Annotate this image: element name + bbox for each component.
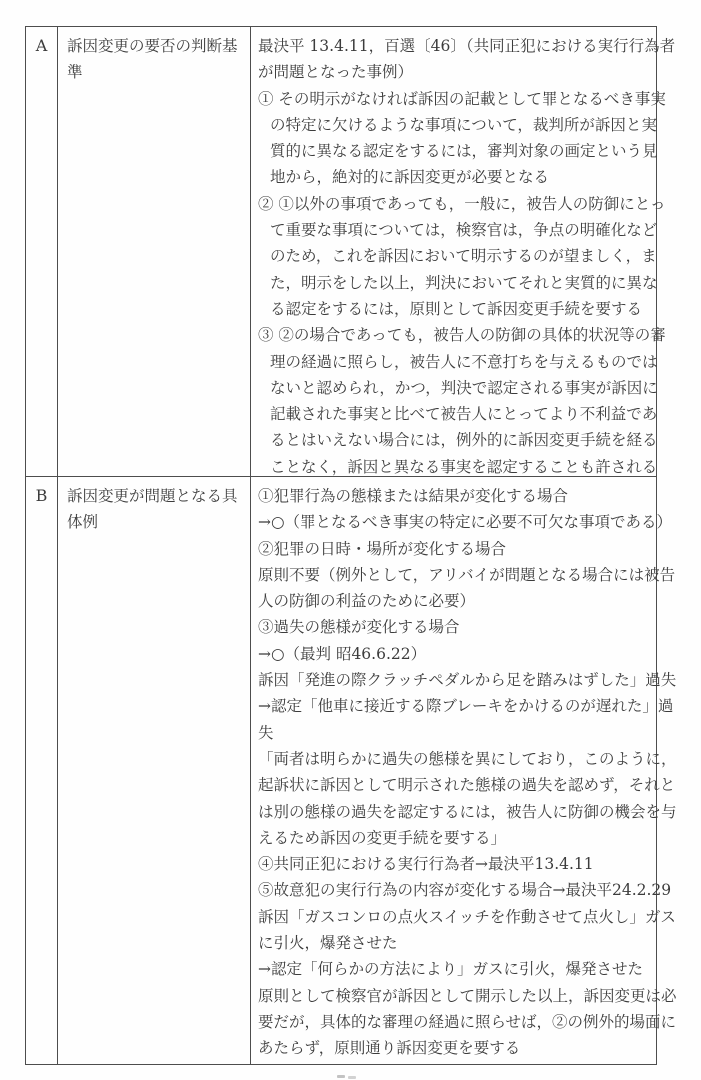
table-row: A 訴因変更の要否の判断基準 最決平 13.4.11，百選〔46〕（共同正犯にお… [26,27,656,477]
text-line: ③ ②の場合であっても，被告人の防御の具体的状況等の審 [258,322,675,348]
text-line: 訴因「ガスコンロの点火スイッチを作動させて点火し」ガス [258,904,677,930]
text-line: →認定「何らかの方法により」ガスに引火，爆発させた [258,956,677,982]
text-line: のため，これを訴因において明示するのが望ましく，ま [258,243,675,269]
page-number-partial-mark [337,1075,345,1078]
text-line: 人の防御の利益のために必要） [258,588,677,614]
text-line: 「両者は明らかに過失の態様を異にしており，このように， [258,746,677,772]
table-row: B 訴因変更が問題となる具体例 ①犯罪行為の態様または結果が変化する場合→○（罪… [26,477,656,1064]
text-line: 訴因変更の要否の判断基 [67,33,242,59]
row-label: A [26,27,58,476]
text-line: えるため訴因の変更手続を要する」 [258,825,677,851]
row-label: B [26,477,58,1064]
text-line: 訴因変更が問題となる具 [67,483,242,509]
text-line: 原則として検察官が訴因として開示した以上，訴因変更は必 [258,983,677,1009]
text-line: 記載された事実と比べて被告人にとってより不利益であ [258,401,675,427]
text-line: ③過失の態様が変化する場合 [258,614,677,640]
text-line: る認定をするには，原則として訴因変更手続を要する [258,296,675,322]
text-line: ないと認められ，かつ，判決で認定される事実が訴因に [258,375,675,401]
row-topic: 訴因変更の要否の判断基準 [58,27,251,476]
document-page: A 訴因変更の要否の判断基準 最決平 13.4.11，百選〔46〕（共同正犯にお… [0,0,701,1080]
text-line: は別の態様の過失を認定するには，被告人に防御の機会を与 [258,799,677,825]
text-line: 要だが，具体的な審理の経過に照らせば，②の例外的場面に [258,1009,677,1035]
text-line: 原則不要（例外として，アリバイが問題となる場合には被告 [258,562,677,588]
text-line: ⑤故意犯の実行行為の内容が変化する場合→最決平24.2.29 [258,877,677,903]
text-line: →○（最判 昭46.6.22） [258,641,677,667]
text-line: て重要な事項については，検察官は，争点の明確化など [258,217,675,243]
text-line: るとはいえない場合には，例外的に訴因変更手続を経る [258,427,675,453]
text-line: 準 [67,59,242,85]
text-line: あたらず，原則通り訴因変更を要する [258,1035,677,1061]
text-line: が問題となった事例） [258,59,675,85]
text-line: ④共同正犯における実行行為者→最決平13.4.11 [258,851,677,877]
text-line: 最決平 13.4.11，百選〔46〕（共同正犯における実行行為者 [258,33,675,59]
text-line: 体例 [67,509,242,535]
text-line: た，明示をした以上，判決においてそれと実質的に異な [258,270,675,296]
text-line: →○（罪となるべき事実の特定に必要不可欠な事項である） [258,509,677,535]
text-line: 起訴状に訴因として明示された態様の過失を認めず，それと [258,772,677,798]
row-topic: 訴因変更が問題となる具体例 [58,477,251,1064]
text-line: 地から，絶対的に訴因変更が必要となる [258,164,675,190]
text-line: 失 [258,720,677,746]
text-line: 質的に異なる認定をするには，審判対象の画定という見 [258,138,675,164]
row-content: ①犯罪行為の態様または結果が変化する場合→○（罪となるべき事実の特定に必要不可欠… [251,477,681,1064]
text-line: →認定「他車に接近する際ブレーキをかけるのが遅れた」過 [258,693,677,719]
text-line: ② ①以外の事項であっても，一般に，被告人の防御にとっ [258,191,675,217]
text-line: の特定に欠けるような事項について，裁判所が訴因と実 [258,112,675,138]
text-line: ②犯罪の日時・場所が変化する場合 [258,536,677,562]
text-line: 理の経過に照らし，被告人に不意打ちを与えるものでは [258,349,675,375]
text-line: ① その明示がなければ訴因の記載として罪となるべき事実 [258,86,675,112]
notes-table: A 訴因変更の要否の判断基準 最決平 13.4.11，百選〔46〕（共同正犯にお… [25,26,657,1065]
text-line: に引火，爆発させた [258,930,677,956]
text-line: 訴因「発進の際クラッチペダルから足を踏みはずした」過失 [258,667,677,693]
text-line: ①犯罪行為の態様または結果が変化する場合 [258,483,677,509]
row-content: 最決平 13.4.11，百選〔46〕（共同正犯における実行行為者が問題となった事… [251,27,679,476]
